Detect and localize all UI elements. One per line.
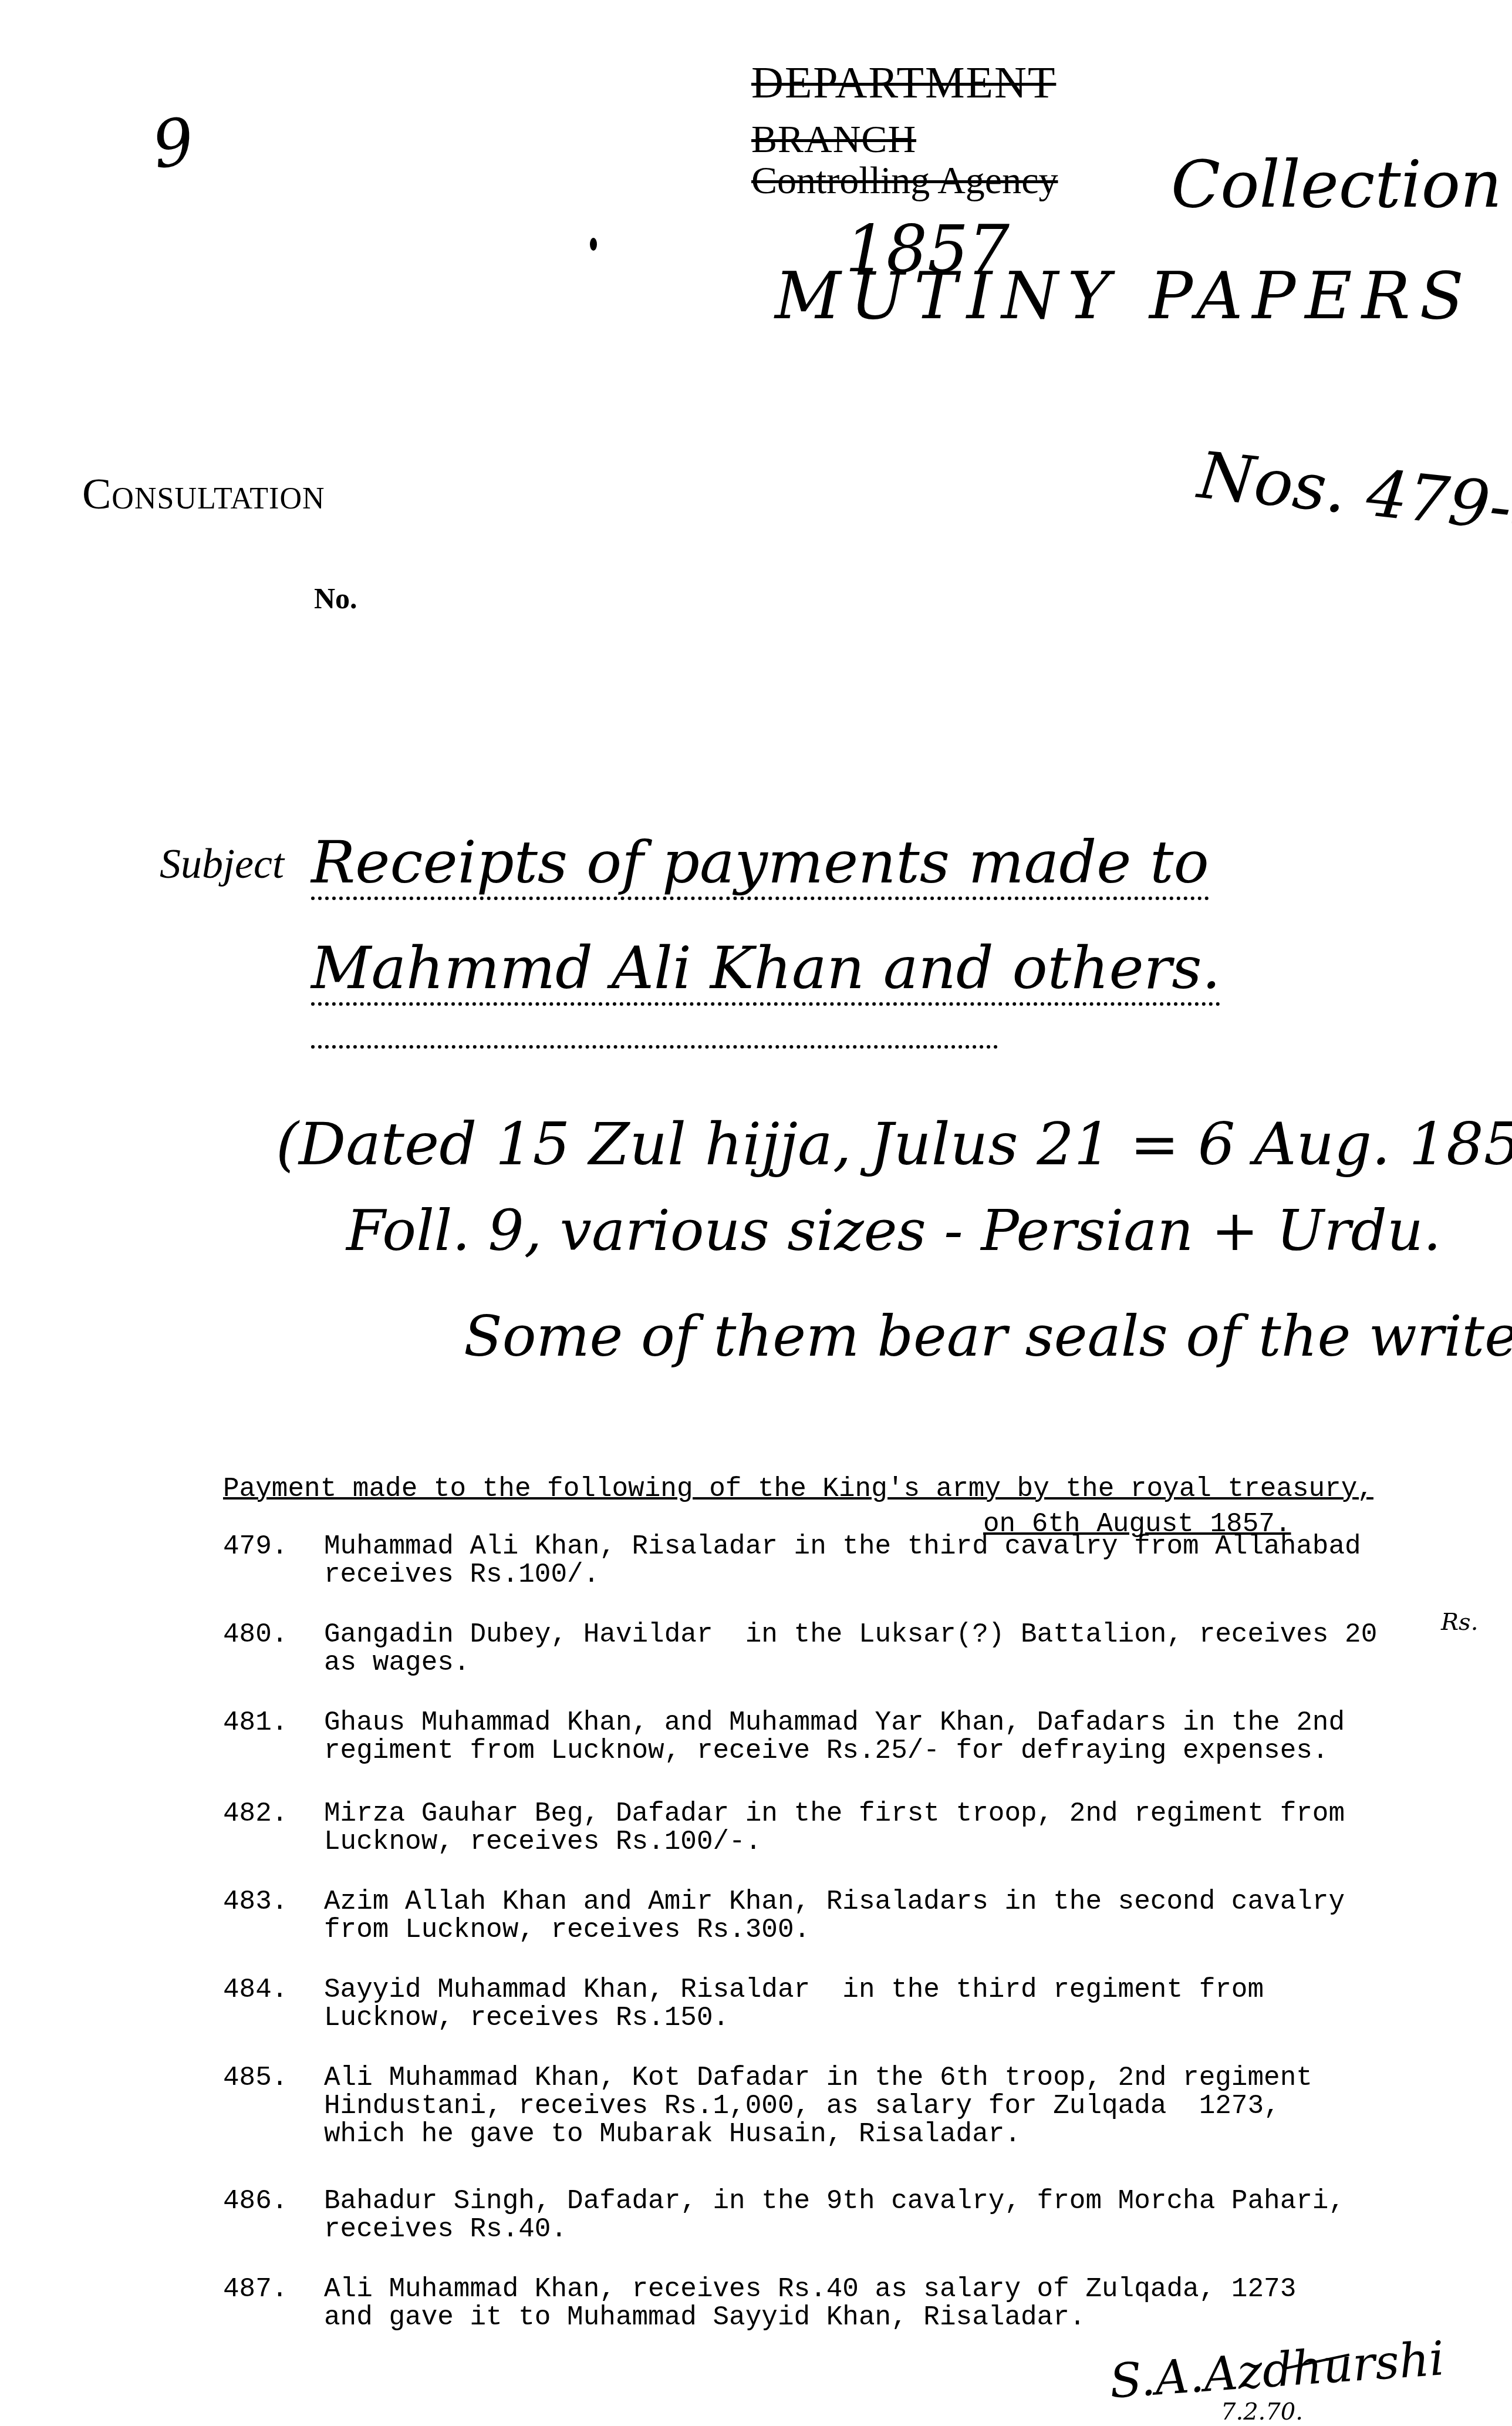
entry-number: 487. <box>223 2275 288 2303</box>
payment-heading: Payment made to the following of the Kin… <box>223 1474 1373 1504</box>
consultation-nos-range: Nos. 479-87 <box>1194 437 1512 554</box>
entry-text: Muhammad Ali Khan, Risaladar in the thir… <box>324 1532 1479 1589</box>
entry-number: 484. <box>223 1976 288 2004</box>
subject-line-1: Receipts of payments made to <box>311 828 1209 900</box>
department-label: DEPARTMENT <box>751 58 1056 109</box>
entry-text: Sayyid Muhammad Khan, Risaldar in the th… <box>324 1976 1479 2032</box>
signature-date: 7.2.70. <box>1221 2398 1303 2425</box>
entry-number: 482. <box>223 1800 288 1828</box>
seals-note: Some of them bear seals of the writers. <box>464 1303 1512 1369</box>
subject-line-2: Mahmmd Ali Khan and others. <box>311 934 1220 1006</box>
ink-dot <box>590 238 597 251</box>
entry-number: 485. <box>223 2064 288 2092</box>
dated-note: (Dated 15 Zul hijja, Julus 21 = 6 Aug. 1… <box>276 1110 1512 1178</box>
entry-text: Gangadin Dubey, Havildar in the Luksar(?… <box>324 1620 1479 1677</box>
entry-text: Azim Allah Khan and Amir Khan, Risaladar… <box>324 1888 1479 1944</box>
subject-label: Subject <box>160 840 284 888</box>
entry-number: 481. <box>223 1709 288 1737</box>
entry-number: 480. <box>223 1620 288 1649</box>
consultation-no-label: No. <box>314 581 357 615</box>
subject-line-3-blank <box>311 1045 998 1049</box>
folios-note: Foll. 9, various sizes - Persian + Urdu. <box>346 1198 1441 1263</box>
entry-text: Mirza Gauhar Beg, Dafadar in the first t… <box>324 1800 1479 1856</box>
entry-number: 483. <box>223 1888 288 1916</box>
entry-text: Ali Muhammad Khan, Kot Dafadar in the 6t… <box>324 2064 1479 2148</box>
entry-text: Ghaus Muhammad Khan, and Muhammad Yar Kh… <box>324 1709 1479 1765</box>
collection-number: Collection No. 6 <box>1171 147 1512 222</box>
branch-label: BRANCH <box>751 117 916 162</box>
folio-corner-mark: 9 <box>147 103 198 183</box>
consultation-label: Consultation <box>82 470 325 520</box>
handwritten-insert-annotation: Rs. <box>1441 1609 1478 1636</box>
entry-number: 479. <box>223 1532 288 1561</box>
signature: S.A.Azdhurshi <box>1108 2331 1446 2409</box>
entry-text: Bahadur Singh, Dafadar, in the 9th caval… <box>324 2187 1479 2243</box>
entry-number: 486. <box>223 2187 288 2215</box>
controlling-agency-label: Controlling Agency <box>751 159 1058 203</box>
entry-text: Ali Muhammad Khan, receives Rs.40 as sal… <box>324 2275 1479 2331</box>
collection-title: MUTINY PAPERS <box>775 258 1473 333</box>
